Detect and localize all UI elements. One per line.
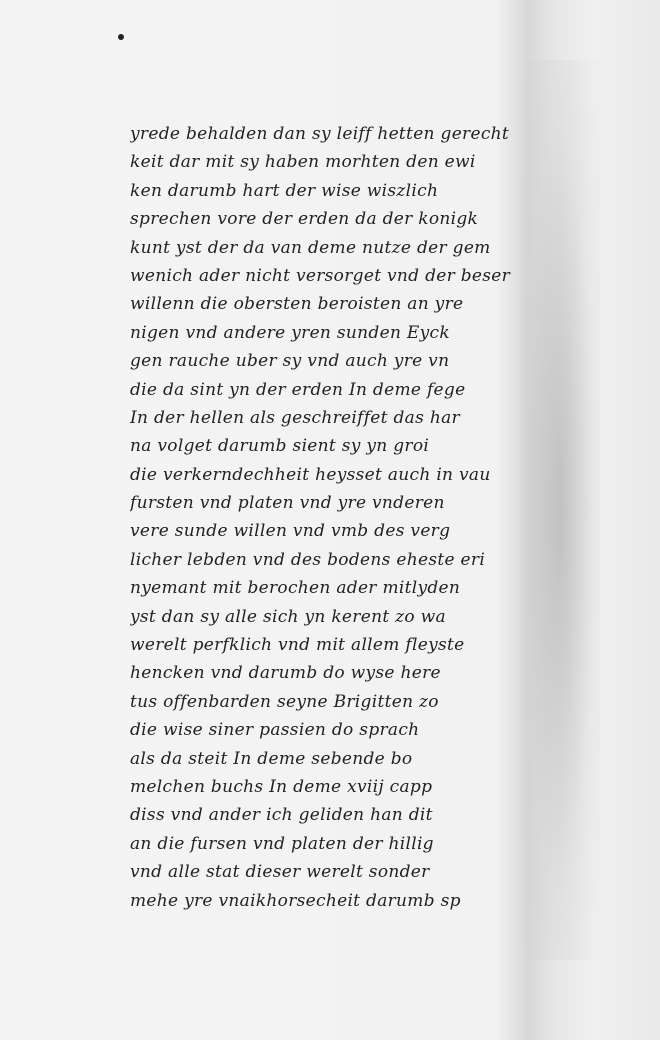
- text-line: gen rauche uber sy vnd auch yre vn: [130, 347, 550, 375]
- text-line: tus offenbarden seyne Brigitten zo: [130, 688, 550, 716]
- text-line: die wise siner passien do sprach: [130, 716, 550, 744]
- text-line: ken darumb hart der wise wiszlich: [130, 177, 550, 205]
- text-line: vnd alle stat dieser werelt sonder: [130, 858, 550, 886]
- text-line: yst dan sy alle sich yn kerent zo wa: [130, 603, 550, 631]
- text-line: hencken vnd darumb do wyse here: [130, 659, 550, 687]
- text-line: diss vnd ander ich geliden han dit: [130, 801, 550, 829]
- text-line: nyemant mit berochen ader mitlyden: [130, 574, 550, 602]
- text-line: die verkerndechheit heysset auch in vau: [130, 461, 550, 489]
- text-line: kunt yst der da van deme nutze der gem: [130, 234, 550, 262]
- text-line: vere sunde willen vnd vmb des verg: [130, 517, 550, 545]
- manuscript-page: yrede behalden dan sy leiff hetten gerec…: [0, 0, 660, 1040]
- text-line: nigen vnd andere yren sunden Eyck: [130, 319, 550, 347]
- text-line: an die fursen vnd platen der hillig: [130, 830, 550, 858]
- text-block: yrede behalden dan sy leiff hetten gerec…: [130, 120, 550, 915]
- text-line: keit dar mit sy haben morhten den ewi: [130, 148, 550, 176]
- ink-dot: [118, 34, 124, 40]
- text-line: In der hellen als geschreiffet das har: [130, 404, 550, 432]
- text-line: als da steit In deme sebende bo: [130, 745, 550, 773]
- text-line: die da sint yn der erden In deme fege: [130, 376, 550, 404]
- text-line: wenich ader nicht versorget vnd der bese…: [130, 262, 550, 290]
- text-line: willenn die obersten beroisten an yre: [130, 290, 550, 318]
- text-line: na volget darumb sient sy yn groi: [130, 432, 550, 460]
- text-line: licher lebden vnd des bodens eheste eri: [130, 546, 550, 574]
- text-line: fursten vnd platen vnd yre vnderen: [130, 489, 550, 517]
- text-line: melchen buchs In deme xviij capp: [130, 773, 550, 801]
- text-line: sprechen vore der erden da der konigk: [130, 205, 550, 233]
- text-line: mehe yre vnaikhorsecheit darumb sp: [130, 887, 550, 915]
- text-line: werelt perfklich vnd mit allem fleyste: [130, 631, 550, 659]
- text-line: yrede behalden dan sy leiff hetten gerec…: [130, 120, 550, 148]
